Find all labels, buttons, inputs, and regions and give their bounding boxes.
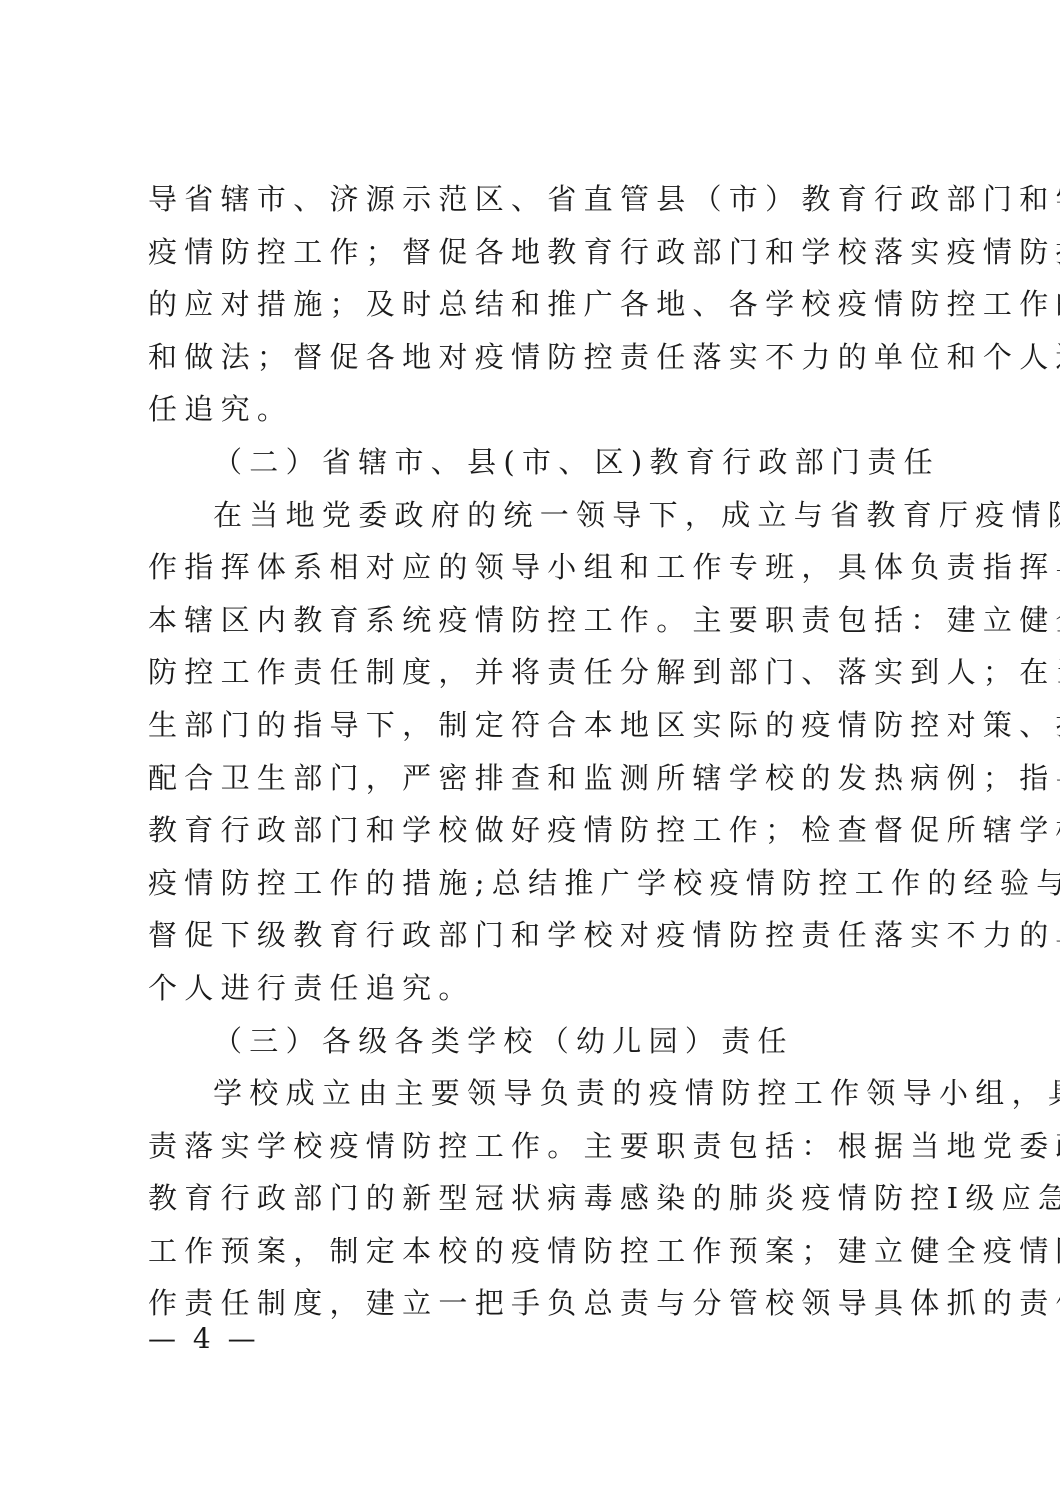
- body-line: 督促下级教育行政部门和学校对疫情防控责任落实不力的单位和: [148, 909, 920, 962]
- body-line: 导省辖市、济源示范区、省直管县（市）教育行政部门和学校的: [148, 173, 920, 226]
- body-line: 教育行政部门和学校做好疫情防控工作；检查督促所辖学校落实: [148, 804, 920, 857]
- body-line: 本辖区内教育系统疫情防控工作。主要职责包括：建立健全疫情: [148, 594, 920, 647]
- body-line: 疫情防控工作；督促各地教育行政部门和学校落实疫情防控工作: [148, 226, 920, 279]
- body-line: 的应对措施；及时总结和推广各地、各学校疫情防控工作的经验: [148, 278, 920, 331]
- body-line: 任追究。: [148, 383, 920, 436]
- document-page: 导省辖市、济源示范区、省直管县（市）教育行政部门和学校的 疫情防控工作；督促各地…: [148, 173, 920, 1330]
- paragraph-start: 在当地党委政府的统一领导下，成立与省教育厅疫情防控工: [148, 489, 920, 542]
- body-line: 教育行政部门的新型冠状病毒感染的肺炎疫情防控Ⅰ级应急响应: [148, 1172, 920, 1225]
- body-line: 作指挥体系相对应的领导小组和工作专班，具体负责指挥与落实: [148, 541, 920, 594]
- body-line: 个人进行责任追究。: [148, 962, 920, 1015]
- body-line: 配合卫生部门，严密排查和监测所辖学校的发热病例；指导下级: [148, 752, 920, 805]
- body-line: 工作预案，制定本校的疫情防控工作预案；建立健全疫情防控工: [148, 1225, 920, 1278]
- body-line: 和做法；督促各地对疫情防控责任落实不力的单位和个人进行责: [148, 331, 920, 384]
- section-heading-3: （三）各级各类学校（幼儿园）责任: [148, 1015, 920, 1068]
- body-line: 疫情防控工作的措施;总结推广学校疫情防控工作的经验与做法;: [148, 857, 920, 910]
- body-line: 生部门的指导下，制定符合本地区实际的疫情防控对策、措施；: [148, 699, 920, 752]
- body-line: 防控工作责任制度，并将责任分解到部门、落实到人；在当地卫: [148, 646, 920, 699]
- page-number: — 4 —: [148, 1322, 260, 1355]
- paragraph-start: 学校成立由主要领导负责的疫情防控工作领导小组，具体负: [148, 1067, 920, 1120]
- body-line: 作责任制度，建立一把手负总责与分管校领导具体抓的责任制，: [148, 1277, 920, 1330]
- section-heading-2: （二）省辖市、县(市、区)教育行政部门责任: [148, 436, 920, 489]
- body-line: 责落实学校疫情防控工作。主要职责包括：根据当地党委政府和: [148, 1120, 920, 1173]
